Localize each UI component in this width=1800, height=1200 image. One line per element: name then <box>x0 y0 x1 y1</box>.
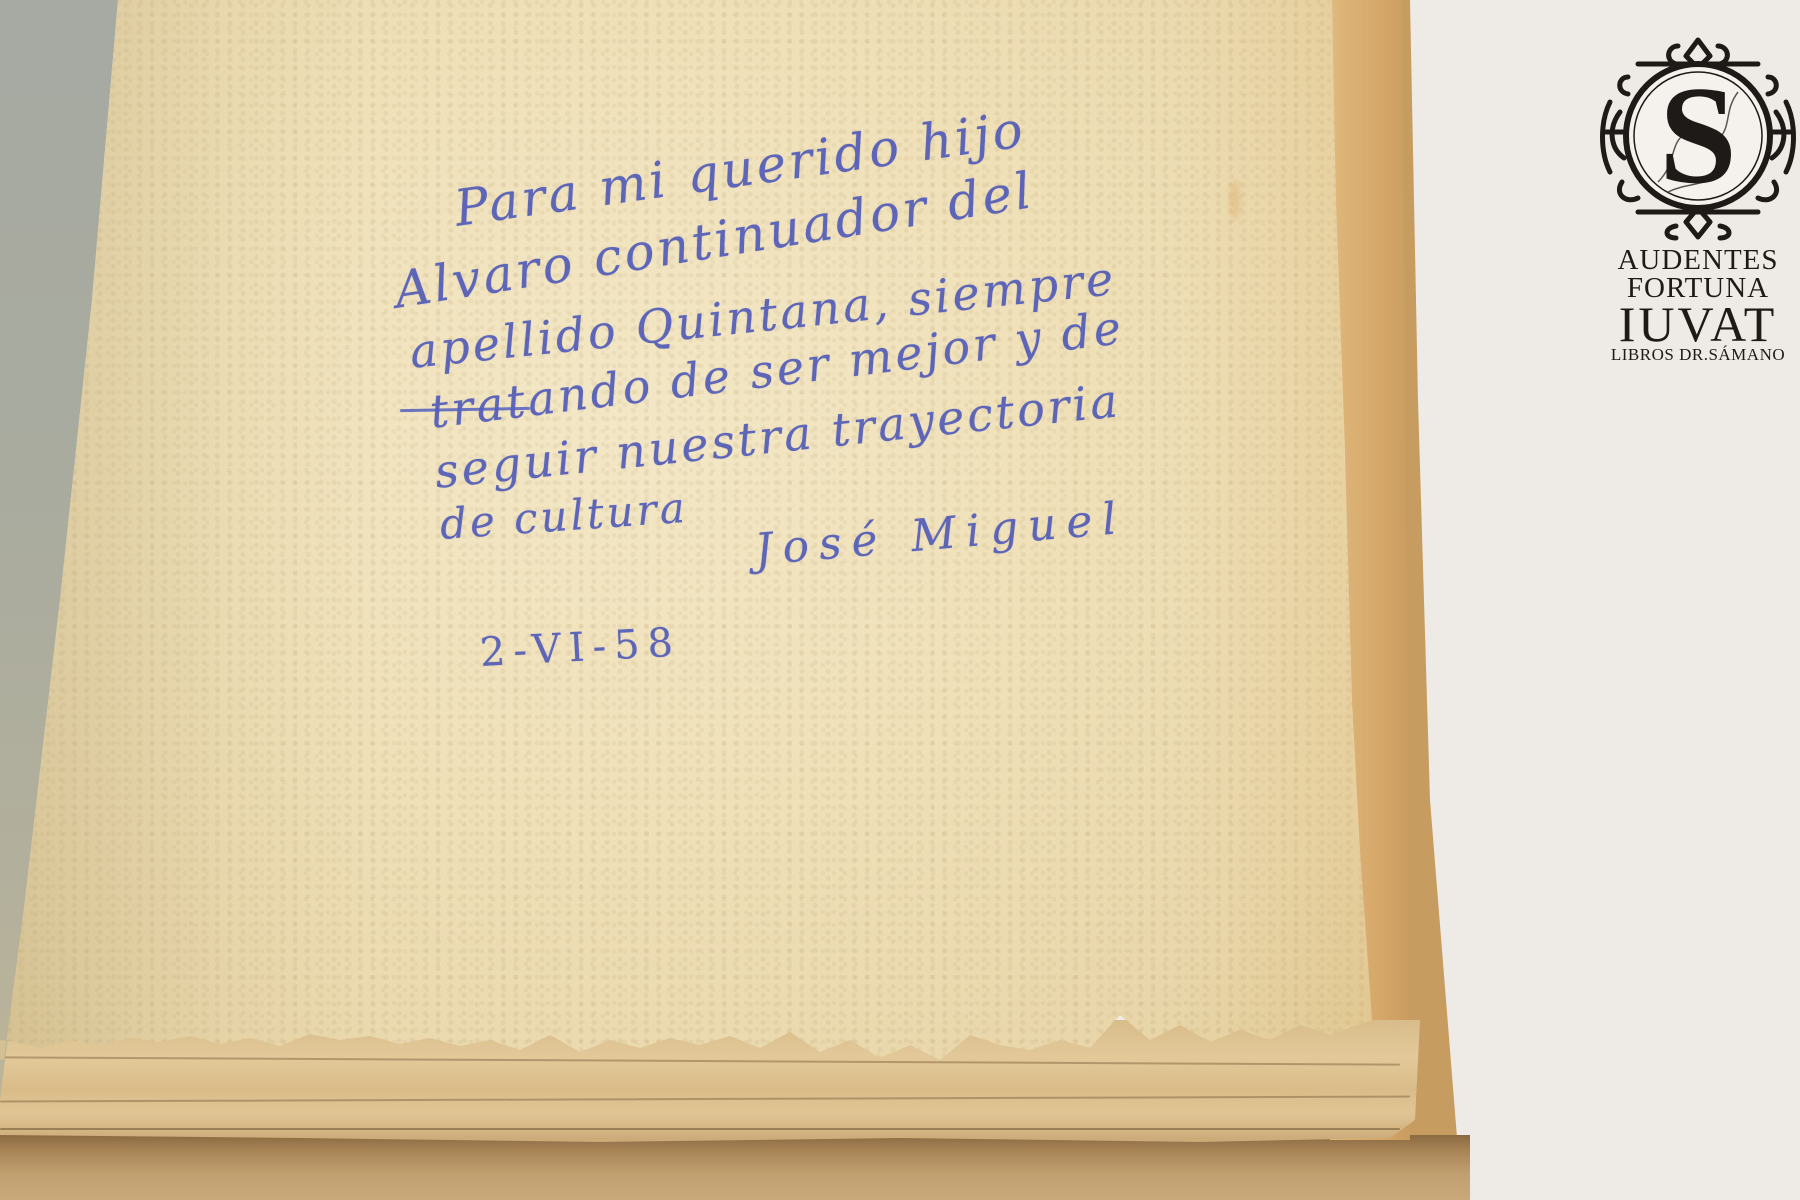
book-cover-bottom-edge <box>0 1135 1470 1200</box>
flyleaf-page: Para mi querido hijo Alvaro continuador … <box>0 0 1380 1060</box>
svg-text:S: S <box>1659 58 1737 213</box>
ornamental-s-emblem-icon: S <box>1598 32 1798 242</box>
logo-wordmark: AUDENTES FORTUNA IUVAT LIBROS DR.SÁMANO <box>1598 246 1798 364</box>
watermark-logo: S AUDENTES FORTUNA IUVAT LIBROS DR.SÁMAN… <box>1598 32 1798 362</box>
deckle-edge-line <box>0 1128 1400 1130</box>
deckle-edge-line <box>0 1056 1400 1065</box>
motto-line-1: AUDENTES <box>1598 246 1798 274</box>
deckle-edge-line <box>0 1096 1410 1103</box>
motto-line-3: IUVAT <box>1598 302 1798 346</box>
photo-scene: Para mi querido hijo Alvaro continuador … <box>0 0 1800 1200</box>
brand-name: LIBROS DR.SÁMANO <box>1598 346 1798 364</box>
foxing-stain <box>1230 180 1240 220</box>
